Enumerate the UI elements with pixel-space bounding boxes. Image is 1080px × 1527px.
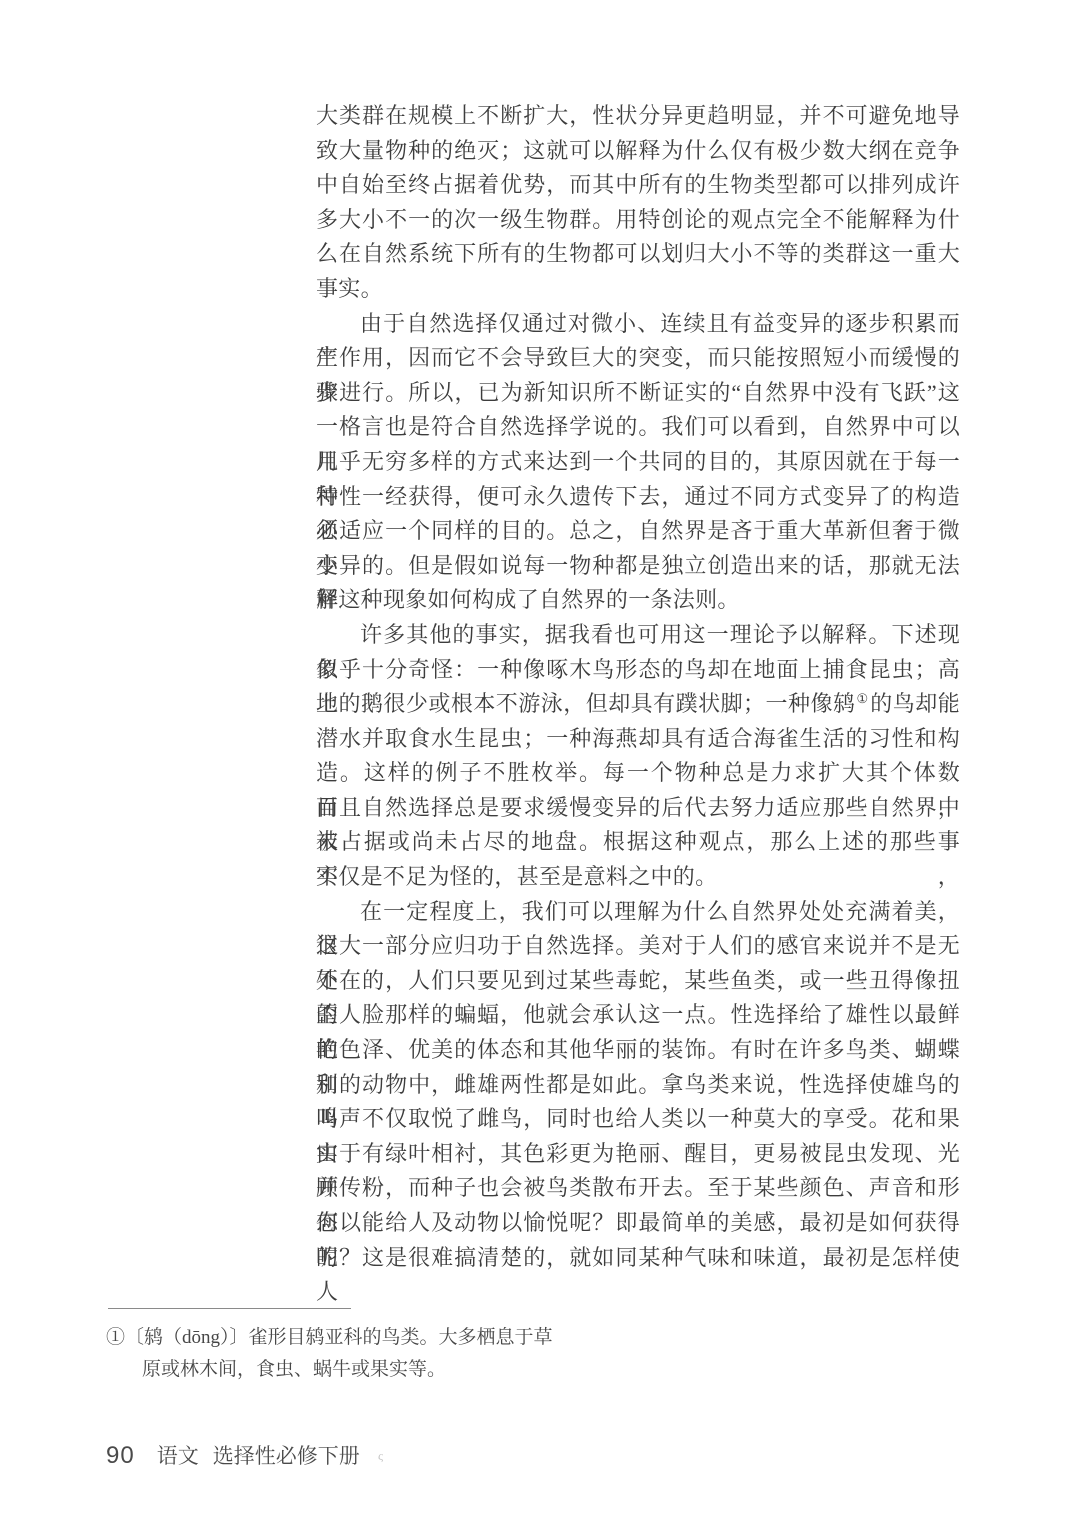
text-line: 造。这样的例子不胜枚举。每一个物种总是力求扩大其个体数目，: [316, 756, 960, 791]
text-line: 的色泽、优美的体态和其他华丽的装饰。有时在许多鸟类、蝴蝶和: [316, 1033, 960, 1068]
paragraph: 许多其他的事实，据我看也可用这一理论予以解释。下述现象似乎十分奇怪：一种像啄木鸟…: [316, 618, 960, 895]
page-footer: 90 语文 选择性必修下册: [106, 1440, 360, 1470]
text-line: 由于有绿叶相衬，其色彩更为艳丽、醒目，更易被昆虫发现、光顾: [316, 1137, 960, 1172]
text-line: 中自始至终占据着优势，而其中所有的生物类型都可以排列成许: [316, 168, 960, 203]
text-line: 而且自然选择总是要求缓慢变异的后代去努力适应那些自然界中未: [316, 791, 960, 826]
text-line: 似乎十分奇怪：一种像啄木鸟形态的鸟却在地面上捕食昆虫；高地: [316, 653, 960, 688]
footnote-divider: [108, 1308, 351, 1309]
text-line: 并传粉，而种子也会被鸟类散布开去。至于某些颜色、声音和形态: [316, 1171, 960, 1206]
text-line: 由于自然选择仅通过对微小、连续且有益变异的逐步积累而产: [316, 307, 960, 342]
text-line: 很大一部分应归功于自然选择。美对于人们的感官来说并不是无处: [316, 929, 960, 964]
page-number: 90: [106, 1442, 135, 1470]
text-line: 多大小不一的次一级生物群。用特创论的观点完全不能解释为什: [316, 203, 960, 238]
text-line: 叫声不仅取悦了雌鸟，同时也给人类以一种莫大的享受。花和果实: [316, 1102, 960, 1137]
text-line: 释这种现象如何构成了自然界的一条法则。: [316, 583, 960, 618]
scan-artifact-mark: ς: [378, 1448, 383, 1464]
footer-volume: 选择性必修下册: [213, 1440, 360, 1470]
footnote-line: ①〔鸫（dōng）〕雀形目鸫亚科的鸟类。大多栖息于草: [106, 1322, 586, 1354]
paragraph: 大类群在规模上不断扩大，性状分异更趋明显，并不可避免地导致大量物种的绝灭；这就可…: [316, 99, 960, 307]
text-line: 呢？这是很难搞清楚的，就如同某种气味和味道，最初是怎样使人: [316, 1241, 960, 1276]
text-line: 许多其他的事实，据我看也可用这一理论予以解释。下述现象: [316, 618, 960, 653]
textbook-page: 大类群在规模上不断扩大，性状分异更趋明显，并不可避免地导致大量物种的绝灭；这就可…: [0, 0, 1080, 1527]
text-line: 事实。: [316, 272, 960, 307]
footnote-ref: ①: [855, 691, 870, 706]
text-line: 潜水并取食水生昆虫；一种海燕却具有适合海雀生活的习性和构: [316, 722, 960, 757]
text-line: 须适应一个同样的目的。总之，自然界是吝于重大革新但奢于微小: [316, 514, 960, 549]
text-line: 上的鹅很少或根本不游泳，但却具有蹼状脚；一种像鸫①的鸟却能: [316, 687, 960, 722]
text-line: 何以能给人及动物以愉悦呢？即最简单的美感，最初是如何获得的: [316, 1206, 960, 1241]
text-line: 生作用，因而它不会导致巨大的突变，而只能按照短小而缓慢的步: [316, 341, 960, 376]
text-line: 不在的，人们只要见到过某些毒蛇，某些鱼类，或一些丑得像扭歪: [316, 964, 960, 999]
footnote: ①〔鸫（dōng）〕雀形目鸫亚科的鸟类。大多栖息于草原或林木间，食虫、蜗牛或果实…: [106, 1322, 586, 1386]
text-line: 在一定程度上，我们可以理解为什么自然界处处充满着美，这: [316, 895, 960, 930]
text-line: 变异的。但是假如说每一物种都是独立创造出来的话，那就无法解: [316, 549, 960, 584]
text-line: 大类群在规模上不断扩大，性状分异更趋明显，并不可避免地导: [316, 99, 960, 134]
body-text: 大类群在规模上不断扩大，性状分异更趋明显，并不可避免地导致大量物种的绝灭；这就可…: [316, 99, 960, 1275]
text-line: 特性一经获得，便可永久遗传下去，通过不同方式变异了的构造必: [316, 480, 960, 515]
text-line: 么在自然系统下所有的生物都可以划归大小不等的类群这一重大: [316, 237, 960, 272]
text-line: 的人脸那样的蝙蝠，他就会承认这一点。性选择给了雄性以最鲜艳: [316, 998, 960, 1033]
footer-subject: 语文: [157, 1440, 199, 1470]
text-line: 骤进行。所以，已为新知识所不断证实的“自然界中没有飞跃”这: [316, 376, 960, 411]
text-line: 被占据或尚未占尽的地盘。根据这种观点，那么上述的那些事实，: [316, 825, 960, 860]
footnote-line: 原或林木间，食虫、蜗牛或果实等。: [106, 1354, 586, 1386]
text-line: 致大量物种的绝灭；这就可以解释为什么仅有极少数大纲在竞争: [316, 134, 960, 169]
paragraph: 由于自然选择仅通过对微小、连续且有益变异的逐步积累而产生作用，因而它不会导致巨大…: [316, 307, 960, 618]
paragraph: 在一定程度上，我们可以理解为什么自然界处处充满着美，这很大一部分应归功于自然选择…: [316, 895, 960, 1276]
text-line: 别的动物中，雌雄两性都是如此。拿鸟类来说，性选择使雄鸟的鸣: [316, 1068, 960, 1103]
text-line: 几乎无穷多样的方式来达到一个共同的目的，其原因就在于每一种: [316, 445, 960, 480]
text-line: 一格言也是符合自然选择学说的。我们可以看到，自然界中可以用: [316, 410, 960, 445]
